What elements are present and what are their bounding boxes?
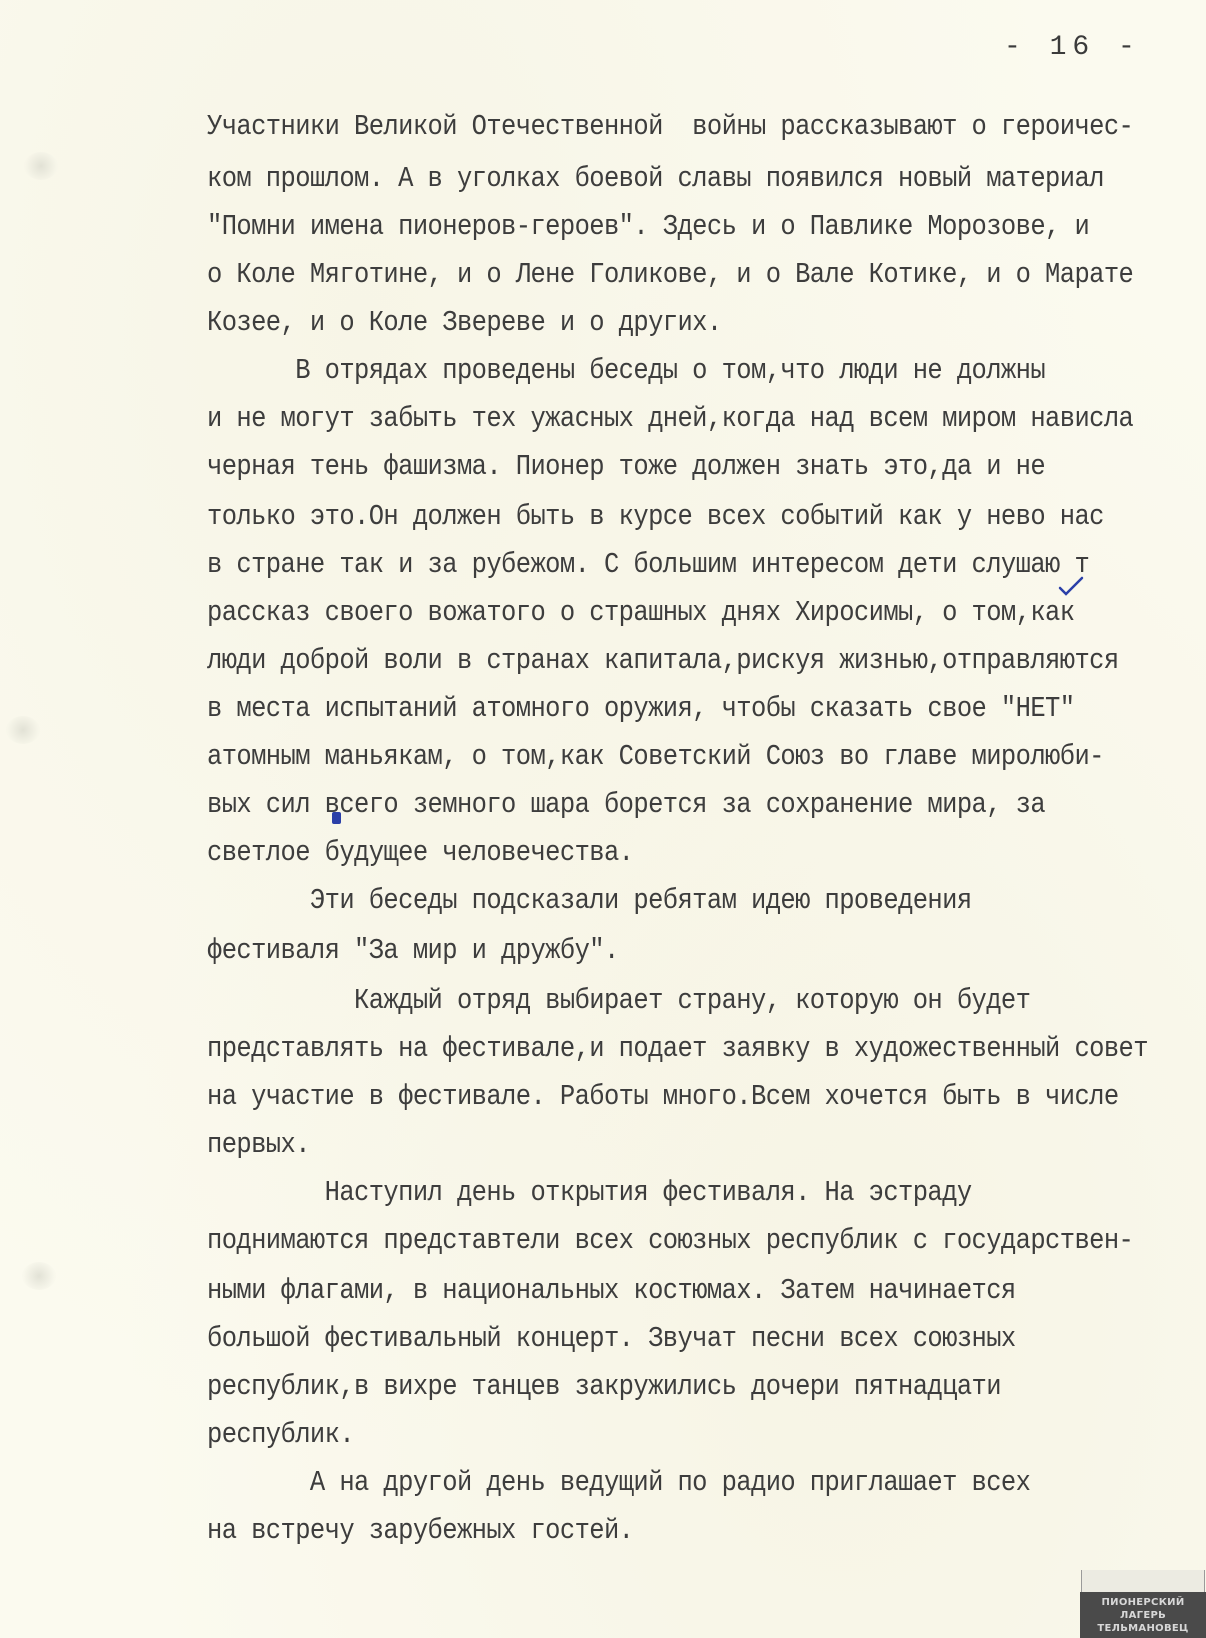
text-line: "Помни имена пионеров-героев". Здесь и о… (207, 210, 1089, 242)
punch-hole-mark (22, 1262, 56, 1290)
text-line: черная тень фашизма. Пионер тоже должен … (207, 450, 1045, 482)
text-line: рассказ своего вожатого о страшных днях … (207, 596, 1074, 628)
text-line: на участие в фестивале. Работы много.Все… (207, 1080, 1119, 1112)
pen-ink-dot (332, 812, 341, 824)
text-line: республик. (207, 1418, 354, 1450)
text-line: В отрядах проведены беседы о том,что люд… (207, 354, 1045, 386)
text-line: в стране так и за рубежом. С большим инт… (207, 548, 1089, 580)
text-line: на встречу зарубежных гостей. (207, 1514, 633, 1546)
archive-stamp: ПИОНЕРСКИЙ ЛАГЕРЬ ТЕЛЬМАНОВЕЦ (1080, 1592, 1206, 1638)
punch-hole-mark (24, 152, 58, 180)
text-line: Наступил день открытия фестиваля. На эст… (207, 1176, 972, 1208)
text-line: большой фестивальный концерт. Звучат пес… (207, 1322, 1016, 1354)
text-line: люди доброй воли в странах капитала,риск… (207, 644, 1119, 676)
text-line: ными флагами, в национальных костюмах. З… (207, 1274, 1016, 1306)
page-number: - 16 - (1004, 32, 1141, 63)
text-line: представлять на фестивале,и подает заявк… (207, 1032, 1148, 1064)
stamp-frame (1081, 1570, 1205, 1592)
text-line: фестиваля "За мир и дружбу". (207, 934, 619, 966)
text-line: ком прошлом. А в уголках боевой славы по… (207, 162, 1104, 194)
text-line: поднимаются представтели всех союзных ре… (207, 1224, 1133, 1256)
text-line: Каждый отряд выбирает страну, которую он… (207, 984, 1030, 1016)
text-line: Эти беседы подсказали ребятам идею прове… (207, 884, 972, 916)
pen-correction-mark-icon (1058, 574, 1084, 596)
text-line: первых. (207, 1128, 310, 1160)
text-line: только это.Он должен быть в курсе всех с… (207, 500, 1104, 532)
text-line: о Коле Мяготине, и о Лене Голикове, и о … (207, 258, 1133, 290)
text-line: Участники Великой Отечественной войны ра… (207, 110, 1133, 142)
text-line: А на другой день ведущий по радио пригла… (207, 1466, 1030, 1498)
text-line: Козее, и о Коле Звереве и о других. (207, 306, 722, 338)
text-line: республик,в вихре танцев закружились доч… (207, 1370, 1001, 1402)
punch-hole-mark (6, 716, 40, 744)
stamp-line-2: ТЕЛЬМАНОВЕЦ (1080, 1622, 1206, 1635)
text-line: в места испытаний атомного оружия, чтобы… (207, 692, 1074, 724)
text-line: и не могут забыть тех ужасных дней,когда… (207, 402, 1133, 434)
text-line: светлое будущее человечества. (207, 836, 633, 868)
stamp-line-1: ПИОНЕРСКИЙ ЛАГЕРЬ (1080, 1596, 1206, 1622)
text-line: атомным маньякам, о том,как Советский Со… (207, 740, 1104, 772)
